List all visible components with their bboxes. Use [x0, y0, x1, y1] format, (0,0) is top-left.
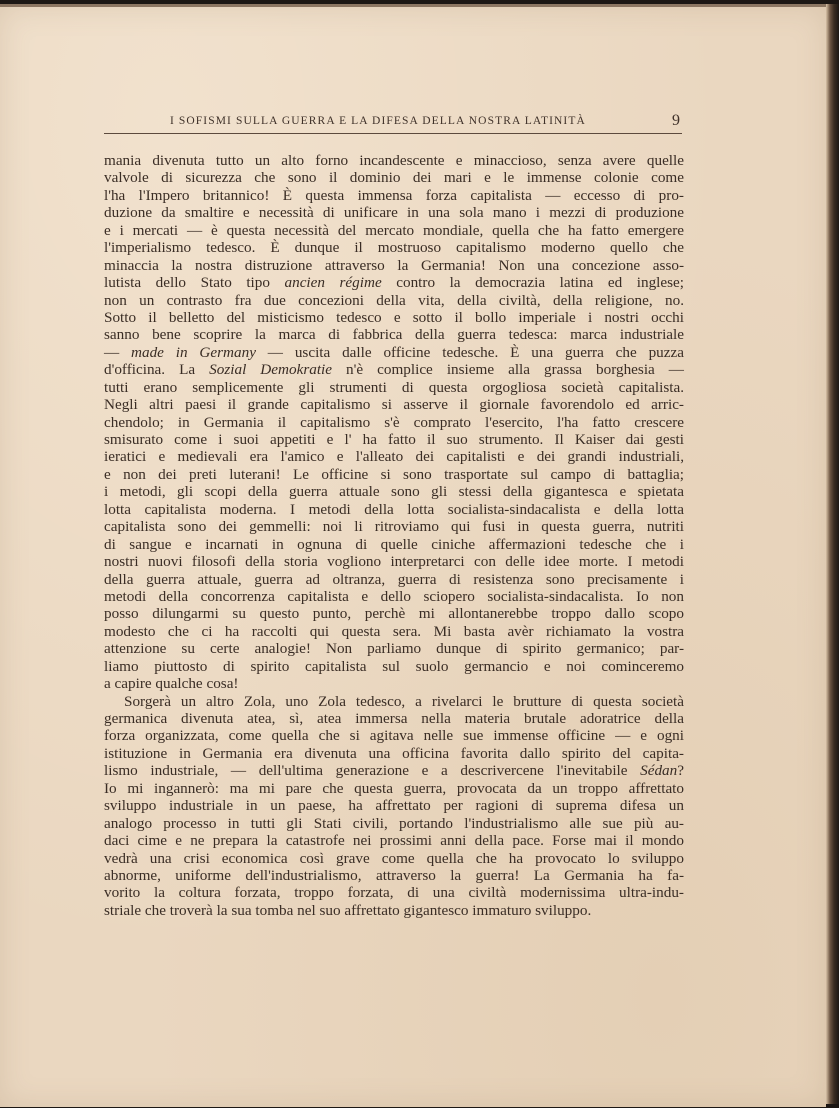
text-segment: i metodi, gli scopi della guerra attuale…	[104, 483, 684, 500]
text-segment: sviluppo industriale in un paese, ha aff…	[104, 797, 684, 814]
text-segment: attenzione su certe analogie! Non parlia…	[104, 640, 684, 657]
text-segment: ?	[677, 762, 684, 779]
text-segment: forza organizzata, come quella che si ag…	[104, 727, 684, 744]
text-segment: contro la democrazia latina ed inglese;	[382, 274, 684, 291]
text-segment: minaccia la nostra distruzione attravers…	[104, 257, 684, 274]
text-segment: e non dei preti luterani! Le officine si…	[104, 466, 684, 483]
text-line: capitalista sono dei gemmelli: noi li ri…	[104, 518, 684, 535]
italic-phrase: made in Germany	[131, 344, 256, 361]
text-line: nostri nuovi filosofi della storia vogli…	[104, 553, 684, 570]
text-line: abnorme, uniforme dell'industrialismo, a…	[104, 867, 684, 884]
text-line: Sorgerà un altro Zola, uno Zola tedesco,…	[104, 693, 684, 710]
text-line: mania divenuta tutto un alto forno incan…	[104, 152, 684, 169]
text-segment: —	[104, 344, 131, 361]
text-line: forza organizzata, come quella che si ag…	[104, 727, 684, 744]
text-line: tutti erano semplicemente gli strumenti …	[104, 379, 684, 396]
text-line: smisurato come i suoi appetiti e l' ha f…	[104, 431, 684, 448]
text-segment: lotta capitalista moderna. I metodi dell…	[104, 501, 684, 518]
text-segment: analogo processo in tutti gli Stati civi…	[104, 815, 684, 832]
text-line: vedrà una crisi economica così grave com…	[104, 850, 684, 867]
text-segment: vedrà una crisi economica così grave com…	[104, 850, 684, 867]
text-segment: modesto che ci ha raccolti qui questa se…	[104, 623, 684, 640]
text-line: i metodi, gli scopi della guerra attuale…	[104, 483, 684, 500]
text-line: di sangue e incarnati in ognuna di quell…	[104, 536, 684, 553]
page-edge	[826, 4, 839, 1104]
text-segment: Negli altri paesi il grande capitalismo …	[104, 396, 684, 413]
italic-phrase: Sédan	[640, 762, 677, 779]
text-line: valvole di sicurezza che sono il dominio…	[104, 169, 684, 186]
text-line: lotta capitalista moderna. I metodi dell…	[104, 501, 684, 518]
text-segment: posso dilungarmi su questo punto, perchè…	[104, 605, 684, 622]
text-line: d'officina. La Sozial Demokratie n'è com…	[104, 361, 684, 378]
text-line: lutista dello Stato tipo ancien régime c…	[104, 274, 684, 291]
text-line: striale che troverà la sua tomba nel suo…	[104, 902, 684, 919]
text-segment: Sotto il belletto del misticismo tedesco…	[104, 309, 684, 326]
text-line: sviluppo industriale in un paese, ha aff…	[104, 797, 684, 814]
running-title: I SOFISMI SULLA GUERRA E LA DIFESA DELLA…	[170, 115, 586, 127]
text-line: duzione da smaltire e necessità di unifi…	[104, 204, 684, 221]
text-segment: abnorme, uniforme dell'industrialismo, a…	[104, 867, 684, 884]
text-segment: l'imperialismo tedesco. È dunque il most…	[104, 239, 684, 256]
text-segment: vorito la coltura forzata, troppo forzat…	[104, 884, 684, 901]
text-segment: e i mercati — è questa necessità del mer…	[104, 222, 684, 239]
text-segment: mania divenuta tutto un alto forno incan…	[104, 152, 684, 169]
text-line: Io mi ingannerò: ma mi pare che questa g…	[104, 780, 684, 797]
text-line: a capire qualche cosa!	[104, 675, 684, 692]
text-segment: n'è complice insieme alla grassa borghes…	[332, 361, 684, 378]
text-segment: liamo piuttosto di spirito capitalista s…	[104, 658, 684, 675]
text-segment: ieratici e medievali era l'amico e l'all…	[104, 448, 684, 465]
text-segment: istituzione in Germania era divenuta una…	[104, 745, 684, 762]
text-line: istituzione in Germania era divenuta una…	[104, 745, 684, 762]
text-line: chendolo; in Germania il capitalismo s'è…	[104, 414, 684, 431]
text-segment: a capire qualche cosa!	[104, 675, 239, 692]
text-segment: Sorgerà un altro Zola, uno Zola tedesco,…	[124, 693, 684, 710]
text-line: Sotto il belletto del misticismo tedesco…	[104, 309, 684, 326]
text-segment: della guerra attuale, guerra ad oltranza…	[104, 571, 684, 588]
text-segment: d'officina. La	[104, 361, 209, 378]
text-line: posso dilungarmi su questo punto, perchè…	[104, 605, 684, 622]
text-segment: striale che troverà la sua tomba nel suo…	[104, 902, 591, 919]
text-segment: valvole di sicurezza che sono il dominio…	[104, 169, 684, 186]
text-line: sanno bene scoprire la marca di fabbrica…	[104, 326, 684, 343]
italic-phrase: ancien régime	[285, 274, 382, 291]
text-line: non un contrasto fra due concezioni dell…	[104, 292, 684, 309]
body-text: mania divenuta tutto un alto forno incan…	[104, 152, 684, 919]
text-line: l'imperialismo tedesco. È dunque il most…	[104, 239, 684, 256]
text-segment: — uscita dalle officine tedesche. È una …	[256, 344, 684, 361]
text-line: germanica divenuta atea, sì, atea immers…	[104, 710, 684, 727]
text-line: minaccia la nostra distruzione attravers…	[104, 257, 684, 274]
text-segment: nostri nuovi filosofi della storia vogli…	[104, 553, 684, 570]
text-segment: daci cime e ne prepara la catastrofe nei…	[104, 832, 684, 849]
text-segment: sanno bene scoprire la marca di fabbrica…	[104, 326, 684, 343]
running-header: I SOFISMI SULLA GUERRA E LA DIFESA DELLA…	[104, 113, 682, 134]
text-line: daci cime e ne prepara la catastrofe nei…	[104, 832, 684, 849]
text-segment: l'ha l'Impero britannico! È questa immen…	[104, 187, 684, 204]
text-line: attenzione su certe analogie! Non parlia…	[104, 640, 684, 657]
text-segment: duzione da smaltire e necessità di unifi…	[104, 204, 684, 221]
text-segment: metodi della concorrenza capitalista e d…	[104, 588, 684, 605]
paragraph: mania divenuta tutto un alto forno incan…	[104, 152, 684, 693]
text-line: l'ha l'Impero britannico! È questa immen…	[104, 187, 684, 204]
text-segment: lismo industriale, — dell'ultima generaz…	[104, 762, 640, 779]
paragraph: Sorgerà un altro Zola, uno Zola tedesco,…	[104, 693, 684, 920]
text-line: e non dei preti luterani! Le officine si…	[104, 466, 684, 483]
text-segment: tutti erano semplicemente gli strumenti …	[104, 379, 684, 396]
text-line: analogo processo in tutti gli Stati civi…	[104, 815, 684, 832]
text-segment: Io mi ingannerò: ma mi pare che questa g…	[104, 780, 684, 797]
text-segment: chendolo; in Germania il capitalismo s'è…	[104, 414, 684, 431]
text-line: vorito la coltura forzata, troppo forzat…	[104, 884, 684, 901]
text-segment: smisurato come i suoi appetiti e l' ha f…	[104, 431, 684, 448]
text-line: metodi della concorrenza capitalista e d…	[104, 588, 684, 605]
text-line: lismo industriale, — dell'ultima generaz…	[104, 762, 684, 779]
page-number: 9	[672, 112, 680, 130]
text-line: e i mercati — è questa necessità del mer…	[104, 222, 684, 239]
text-segment: non un contrasto fra due concezioni dell…	[104, 292, 684, 309]
text-line: liamo piuttosto di spirito capitalista s…	[104, 658, 684, 675]
text-segment: di sangue e incarnati in ognuna di quell…	[104, 536, 684, 553]
text-line: ieratici e medievali era l'amico e l'all…	[104, 448, 684, 465]
text-line: della guerra attuale, guerra ad oltranza…	[104, 571, 684, 588]
text-segment: germanica divenuta atea, sì, atea immers…	[104, 710, 684, 727]
italic-phrase: Sozial Demokratie	[209, 361, 332, 378]
text-line: Negli altri paesi il grande capitalismo …	[104, 396, 684, 413]
text-segment: lutista dello Stato tipo	[104, 274, 285, 291]
text-line: modesto che ci ha raccolti qui questa se…	[104, 623, 684, 640]
text-segment: capitalista sono dei gemmelli: noi li ri…	[104, 518, 684, 535]
text-line: — made in Germany — uscita dalle officin…	[104, 344, 684, 361]
